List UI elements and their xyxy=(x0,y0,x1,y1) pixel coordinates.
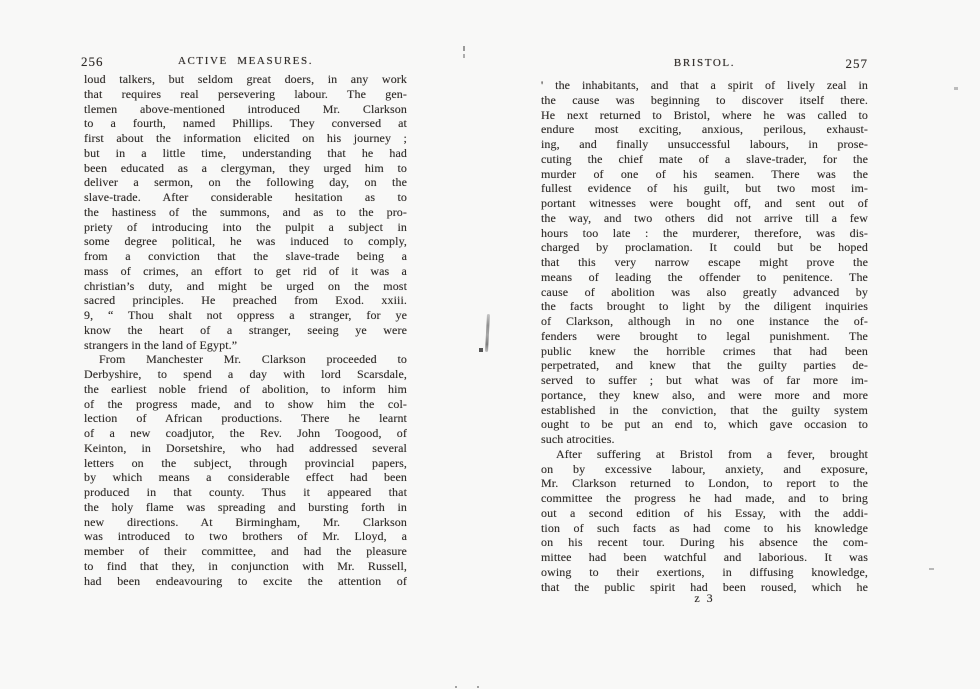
text-line: out a second edition of his Essay, with … xyxy=(541,506,868,521)
text-line: After suffering at Bristol from a fever,… xyxy=(541,447,868,462)
text-line: mittee had been watchful and laborious. … xyxy=(541,550,868,565)
text-line: that this very narrow escape might prove… xyxy=(541,255,868,270)
scan-artifact-top-dash xyxy=(463,46,465,51)
text-line: had been endeavouring to excite the atte… xyxy=(84,574,407,589)
scan-artifact-gutter-line xyxy=(485,314,490,352)
text-line: the facts brought to light by the dilige… xyxy=(541,299,868,314)
text-line: loud talkers, but seldom great doers, in… xyxy=(84,72,407,87)
text-line: charged by proclamation. It could but be… xyxy=(541,240,868,255)
text-line: produced in that county. Thus it appeare… xyxy=(84,485,407,500)
text-line: committee the progress he had made, and … xyxy=(541,491,868,506)
text-line: fenders were brought to legal punishment… xyxy=(541,329,868,344)
text-line: Mr. Clarkson returned to London, to repo… xyxy=(541,476,868,491)
text-line: to a fourth, named Phillips. They conver… xyxy=(84,116,407,131)
text-line: been educated as a clergyman, they urged… xyxy=(84,161,407,176)
text-line: lection of African productions. There he… xyxy=(84,411,407,426)
page-number: 257 xyxy=(846,56,869,72)
text-line: portance, they knew also, and were more … xyxy=(541,388,868,403)
text-line: the earliest noble friend of abolition, … xyxy=(84,382,407,397)
text-line: Derbyshire, to spend a day with lord Sca… xyxy=(84,367,407,382)
text-line: fullest evidence of his guilt, but two m… xyxy=(541,181,868,196)
text-line: hours too late : the murderer, therefore… xyxy=(541,226,868,241)
scan-artifact-speck xyxy=(477,686,479,688)
text-line: deliver a sermon, on the following day, … xyxy=(84,175,407,190)
text-line: served to suffer ; but what was of far m… xyxy=(541,373,868,388)
text-line: to find that they, in conjunction with M… xyxy=(84,559,407,574)
text-line: that requires real persevering labour. T… xyxy=(84,87,407,102)
text-line: He next returned to Bristol, where he wa… xyxy=(541,108,868,123)
text-line: ing, and finally unsuccessful labours, i… xyxy=(541,137,868,152)
text-line: the way, and two others did not arrive t… xyxy=(541,211,868,226)
text-line: on his recent tour. During his absence t… xyxy=(541,535,868,550)
text-line: cuting the chief mate of a slave-trader,… xyxy=(541,152,868,167)
scan-artifact-speck xyxy=(455,686,457,688)
left-page-lines: loud talkers, but seldom great doers, in… xyxy=(84,72,407,588)
text-line: christian’s duty, and might be urged on … xyxy=(84,279,407,294)
running-title: BRISTOL. xyxy=(541,57,868,69)
text-line: first about the information elicited on … xyxy=(84,131,407,146)
right-page-lines: ' the inhabitants, and that a spirit of … xyxy=(541,78,868,594)
left-page: 256 ACTIVE MEASURES. loud talkers, but s… xyxy=(84,0,407,689)
right-page-header: BRISTOL. 257 xyxy=(541,57,868,73)
text-line: letters on the subject, through provinci… xyxy=(84,456,407,471)
text-line: strangers in the land of Egypt.” xyxy=(84,338,407,353)
text-line: but in a little time, understanding that… xyxy=(84,146,407,161)
book-spread: 256 ACTIVE MEASURES. loud talkers, but s… xyxy=(0,0,980,689)
text-line: Keinton, in Dorsetshire, who had address… xyxy=(84,441,407,456)
text-line: new directions. At Birmingham, Mr. Clark… xyxy=(84,515,407,530)
text-line: endure most exciting, anxious, perilous,… xyxy=(541,122,868,137)
text-line: cause of abolition was also greatly adva… xyxy=(541,285,868,300)
text-line: ' the inhabitants, and that a spirit of … xyxy=(541,78,868,93)
text-line: murder of one of his seamen. There was t… xyxy=(541,167,868,182)
text-line: of a new coadjutor, the Rev. John Toogoo… xyxy=(84,426,407,441)
text-line: the cause was beginning to discover itse… xyxy=(541,93,868,108)
text-line: tion of such facts as had come to his kn… xyxy=(541,521,868,536)
text-line: on by excessive labour, anxiety, and exp… xyxy=(541,462,868,477)
text-line: member of their committee, and had the p… xyxy=(84,544,407,559)
text-line: perpetrated, and knew that the guilty pa… xyxy=(541,358,868,373)
text-line: mass of crimes, an effort to get rid of … xyxy=(84,264,407,279)
text-line: owing to their exertions, in diffusing k… xyxy=(541,565,868,580)
text-line: public knew the horrible crimes that had… xyxy=(541,344,868,359)
text-line: of Clarkson, although in no one instance… xyxy=(541,314,868,329)
scan-artifact-speck xyxy=(929,568,934,570)
text-line: established in the conviction, that the … xyxy=(541,403,868,418)
text-line: of the progress made, and to show him th… xyxy=(84,397,407,412)
text-line: the hastiness of the summons, and as to … xyxy=(84,205,407,220)
scan-artifact-speck xyxy=(954,87,958,90)
text-line: sacred principles. He preached from Exod… xyxy=(84,293,407,308)
text-line: tlemen above-mentioned introduced Mr. Cl… xyxy=(84,102,407,117)
text-line: some degree political, he was induced to… xyxy=(84,234,407,249)
text-line: the holy flame was spreading and burstin… xyxy=(84,500,407,515)
text-line: portant witnesses were bought off, and s… xyxy=(541,196,868,211)
text-line: from a conviction that the slave-trade b… xyxy=(84,249,407,264)
text-line: ought to be put an end to, which gave oc… xyxy=(541,417,868,432)
scan-artifact-gutter-dot xyxy=(479,348,483,352)
left-page-header: 256 ACTIVE MEASURES. xyxy=(84,55,407,71)
text-line: such atrocities. xyxy=(541,432,868,447)
text-line: priety of introducing into the pulpit a … xyxy=(84,220,407,235)
scan-artifact-top-dash xyxy=(463,54,465,58)
text-line: know the heart of a stranger, seeing ye … xyxy=(84,323,407,338)
text-line: was introduced to two brothers of Mr. Ll… xyxy=(84,529,407,544)
text-line: slave-trade. After considerable hesitati… xyxy=(84,190,407,205)
right-page: BRISTOL. 257 ' the inhabitants, and that… xyxy=(541,0,868,689)
text-line: by which means a considerable effect had… xyxy=(84,470,407,485)
signature-mark: z 3 xyxy=(541,591,868,606)
text-line: From Manchester Mr. Clarkson proceeded t… xyxy=(84,352,407,367)
running-title: ACTIVE MEASURES. xyxy=(84,55,407,67)
text-line: 9, “ Thou shalt not oppress a stranger, … xyxy=(84,308,407,323)
text-line: means of leading the offender to peniten… xyxy=(541,270,868,285)
page-number: 256 xyxy=(81,54,104,70)
